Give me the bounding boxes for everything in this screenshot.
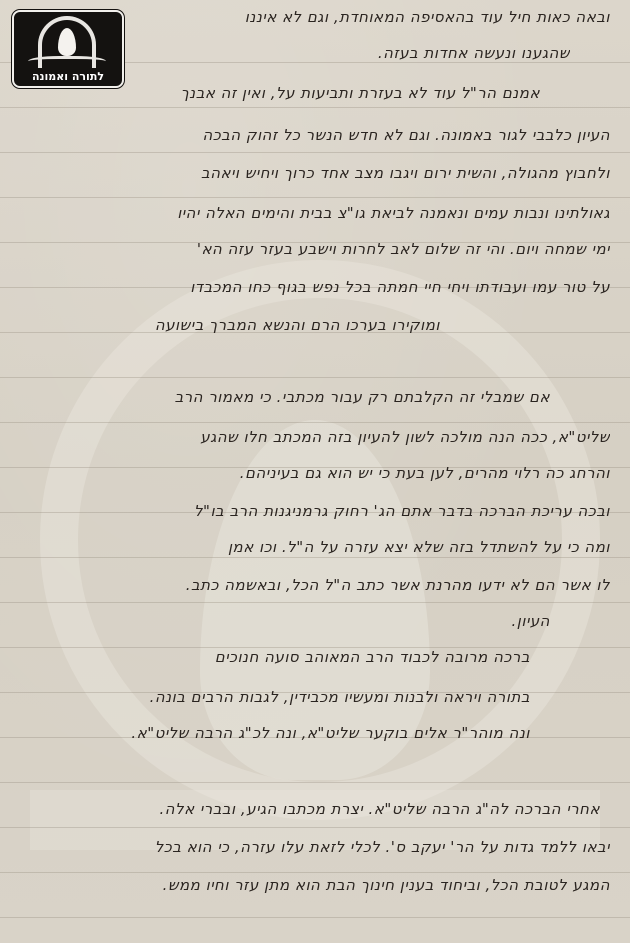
ruled-line (0, 782, 630, 783)
letter-line: שהגענו ונעשה אחדות בעזה. (130, 44, 570, 62)
letter-line: שליט"א, ככה הנה מולכה לשון להעיון בזה המ… (20, 428, 610, 446)
ruled-line (0, 557, 630, 558)
letter-line: על טור עמו ועבודתו ויחי חיי חמתה בכל נפש… (20, 278, 610, 296)
letter-line: והרחג כה רלוי מהרים, לען בעת כי יש הוא ג… (20, 464, 610, 482)
open-book-icon (28, 56, 106, 69)
letter-line: אחרי הברכה לה"ג הרבה שליט"א. יצרת מכתבו … (20, 800, 600, 818)
letter-line: גאולתינו ונבות עמים ונאמנה לביאת גו"צ בב… (20, 204, 610, 222)
letter-line: העיון כלבבי לגור באמונה. וגם לא חדש הנשר… (20, 126, 610, 144)
letter-line: ונה מוהר"ר אלים בוקער שליט"א, ונה לכ"ג ה… (20, 724, 530, 742)
ruled-line (0, 422, 630, 423)
ruled-line (0, 917, 630, 918)
ruled-line (0, 602, 630, 603)
letter-line: המגע לטובת הכל, וביחוד בענין חינוך הבת ה… (20, 876, 610, 894)
ruled-line (0, 377, 630, 378)
letter-line: בתורה ויראה ולבנות ומעשיו מכבידין, לגבות… (20, 688, 530, 706)
ruled-line (0, 827, 630, 828)
letter-line: לו אשר הם לא ידעו מהרנת אשר כתב ה"ל הכל,… (20, 576, 610, 594)
letter-line: ברכה מרובה לכבוד הרב המאוהב סועה חנוכים (20, 648, 530, 666)
letter-line: אם שמבלי זה הקלבתם רק עבור מכתבי. כי מאמ… (20, 388, 550, 406)
letter-line: ומה כי על להשתדל בזה שלא יצא עזרה על ה"ל… (20, 538, 610, 556)
letter-line: ובכה עריכת הברכה בדבר אתם הג' רחוק גרמני… (20, 502, 610, 520)
ruled-line (0, 197, 630, 198)
ruled-line (0, 107, 630, 108)
publisher-logo: לתורה ואמונה (12, 10, 124, 88)
ruled-line (0, 872, 630, 873)
ruled-line (0, 152, 630, 153)
closing-label: העיון. (20, 612, 550, 630)
letter-line: ובאה כאות חיל עוד בהאסיפה המאוחדת, וגם ל… (130, 8, 610, 26)
letter-line: יבאו ללמד גדות על הר' יעקב ס'. לכלי לזאת… (20, 838, 610, 856)
letter-line: ולחבוץ מהגולה, והשית ירום ויגבו מצב אחד … (20, 164, 610, 182)
letter-line: ומוקירו בערכו הרם והנשא המברך בישועה (20, 316, 440, 334)
letter-line: אמנם הר"ל עוד לא בעזרת ותביעות על, ואין … (20, 84, 540, 102)
logo-caption: לתורה ואמונה (32, 70, 104, 83)
letter-line: ימי שמחה ויום. והי זה שלום לאב לחרות ויש… (20, 240, 610, 258)
